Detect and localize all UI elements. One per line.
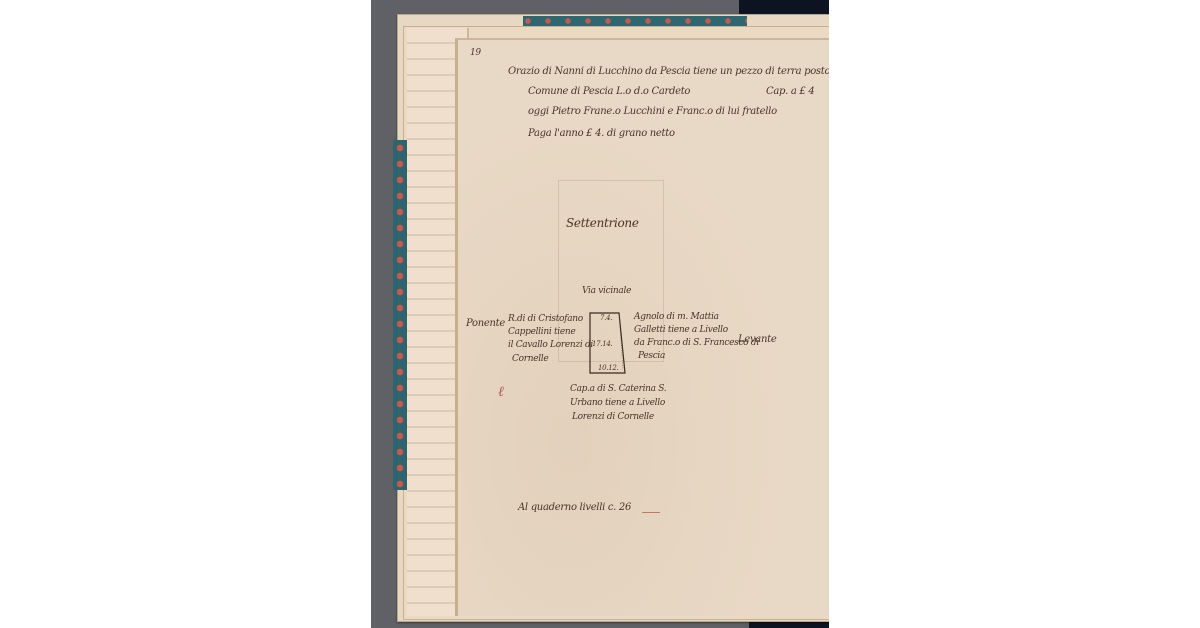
header-line-1: Orazio di Nanni di Lucchino da Pescia ti…	[508, 66, 829, 77]
east-label: Levante	[738, 334, 776, 345]
measure-middle: 17.14.	[592, 340, 612, 348]
margin-note-right: Cap. a £ 4	[766, 86, 814, 97]
red-pencil-mark: ℓ	[498, 384, 504, 401]
measure-top: 7.4.	[600, 314, 612, 322]
boundary-south-2: Urbano tiene a Livello	[570, 398, 665, 408]
north-label: Settentrione	[566, 216, 639, 230]
measure-bottom: 10.12.	[598, 364, 618, 372]
document-viewer: 19 Orazio di Nanni di Lucchino da Pescia…	[371, 0, 829, 628]
boundary-west-3: il Cavallo Lorenzi di	[508, 340, 593, 350]
header-line-3: oggi Pietro Frane.o Lucchini e Franc.o d…	[528, 106, 777, 117]
header-line-2: Comune di Pescia L.o d.o Cardeto	[528, 86, 690, 97]
boundary-south-1: Cap.a di S. Caterina S.	[570, 384, 666, 394]
boundary-west-2: Cappellini tiene	[508, 327, 575, 337]
boundary-east-1: Agnolo di m. Mattia	[634, 312, 719, 322]
header-line-4: Paga l'anno £ 4. di grano netto	[528, 128, 675, 139]
footer-note: Al quaderno livelli c. 26	[518, 502, 631, 513]
boundary-west-4: Cornelle	[512, 354, 548, 364]
red-pencil-line	[642, 512, 660, 513]
boundary-east-4: Pescia	[638, 351, 665, 361]
boundary-top: Via vicinale	[582, 286, 631, 296]
boundary-west-1: R.di di Cristofano	[508, 314, 583, 324]
boundary-east-2: Galletti tiene a Livello	[634, 325, 728, 335]
binding-fabric-top	[523, 16, 747, 26]
boundary-south-3: Lorenzi di Cornelle	[572, 412, 654, 422]
folio-number: 19	[470, 48, 481, 58]
manuscript-page: 19 Orazio di Nanni di Lucchino da Pescia…	[455, 38, 829, 616]
west-label: Ponente	[466, 318, 505, 329]
binding-fabric-left	[393, 140, 407, 490]
